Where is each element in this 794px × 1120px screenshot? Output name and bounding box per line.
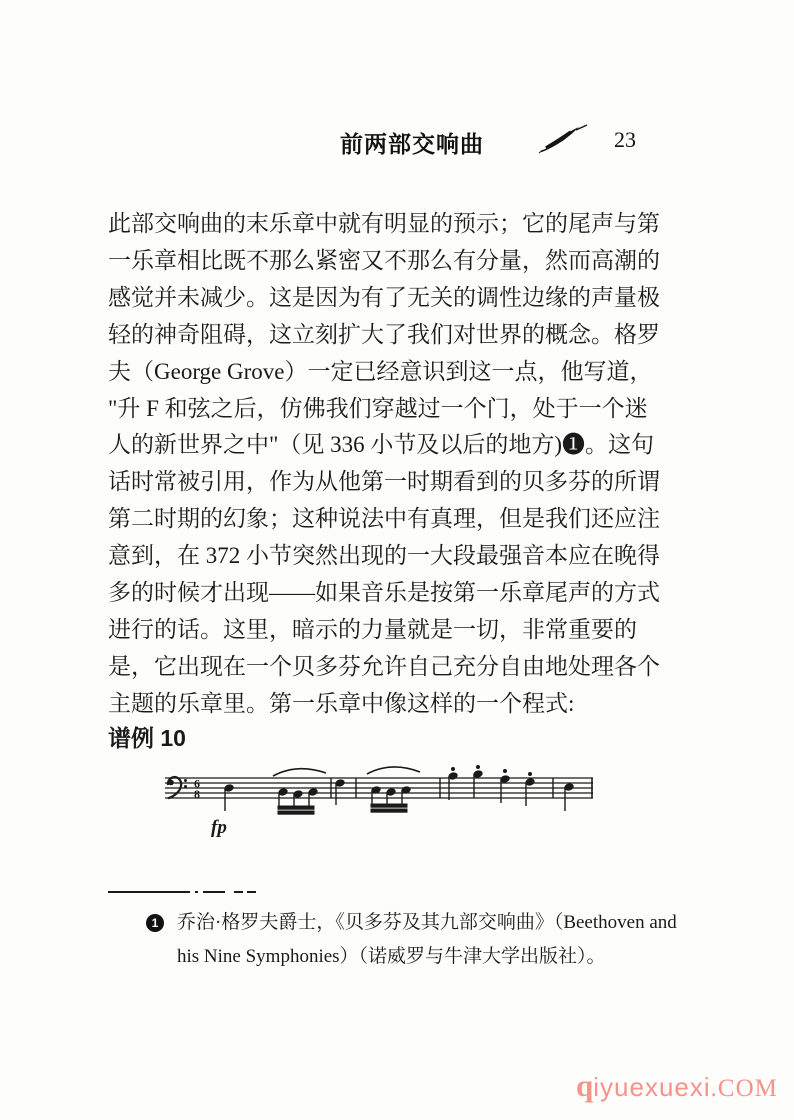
body-text: 此部交响曲的末乐章中就有明显的预示；它的尾声与第一乐章相比既不那么紧密又不那么有…: [108, 206, 708, 723]
text-line: 多的时候才出现——如果音乐是按第一乐章尾声的方式: [108, 575, 708, 612]
watermark-prefix: q: [576, 1068, 593, 1103]
footnote-text-line-2: his Nine Symphonies）（诺威罗与牛津大学出版社）。: [146, 940, 706, 974]
text-line: 第二时期的幻象；这种说法中有真理，但是我们还应注: [108, 501, 708, 538]
watermark-suffix: .COM: [711, 1075, 778, 1102]
footnote: 1 乔治·格罗夫爵士，《贝多芬及其九部交响曲》（Beethoven and hi…: [146, 906, 706, 974]
footnote-marker-icon: 1: [146, 914, 164, 932]
note-final: [564, 783, 574, 811]
time-signature-bottom: 8: [194, 787, 200, 801]
footnote-separator: [108, 891, 268, 894]
brush-stroke-icon: [538, 124, 590, 154]
text-line: 人的新世界之中"（见 336 小节及以后的地方)❶。这句: [108, 427, 708, 464]
text-line: 话时常被引用，作为从他第一时期看到的贝多芬的所谓: [108, 464, 708, 501]
text-line: 主题的乐章里。第一乐章中像这样的一个程式:: [108, 686, 708, 723]
text-line: 夫（George Grove）一定已经意识到这一点，他写道，: [108, 354, 708, 391]
example-label: 谱例 10: [108, 720, 186, 753]
staccato-notes: [448, 766, 535, 807]
scanned-book-page: 前两部交响曲 23 此部交响曲的末乐章中就有明显的预示；它的尾声与第一乐章相比既…: [0, 0, 794, 1120]
text-line: 轻的神奇阻碍，这立刻扩大了我们对世界的概念。格罗: [108, 317, 708, 354]
text-line: 一乐章相比既不那么紧密又不那么有分量，然而高潮的: [108, 243, 708, 280]
text-line: 此部交响曲的末乐章中就有明显的预示；它的尾声与第: [108, 206, 708, 243]
text-line: 意到，在 372 小节突然出现的一大段最强音本应在晚得: [108, 538, 708, 575]
text-line: "升 F 和弦之后，仿佛我们穿越过一个门，处于一个迷: [108, 391, 708, 428]
note-eighth: [335, 779, 345, 805]
watermark: qiyuexuexi.COM: [576, 1068, 778, 1104]
staff-svg: 6 8: [163, 763, 601, 847]
running-header-title: 前两部交响曲: [340, 126, 484, 159]
footnote-text-line-1: 乔治·格罗夫爵士，《贝多芬及其九部交响曲》（Beethoven and: [177, 906, 677, 940]
text-line: 是，它出现在一个贝多芬允许自己充分自由地处理各个: [108, 649, 708, 686]
slur-2: [367, 767, 420, 774]
watermark-middle: iyuexuexi: [593, 1072, 710, 1102]
text-line: 进行的话。这里，暗示的力量就是一切，非常重要的: [108, 612, 708, 649]
dynamic-marking: fp: [211, 817, 227, 838]
music-score: 6 8: [163, 763, 601, 847]
slur-1: [273, 769, 326, 776]
beamed-group-2: [371, 786, 411, 812]
beamed-group-1: [278, 788, 318, 814]
text-line: 感觉并未减少。这是因为有了无关的调性边缘的声量极: [108, 280, 708, 317]
page-number: 23: [614, 127, 636, 153]
